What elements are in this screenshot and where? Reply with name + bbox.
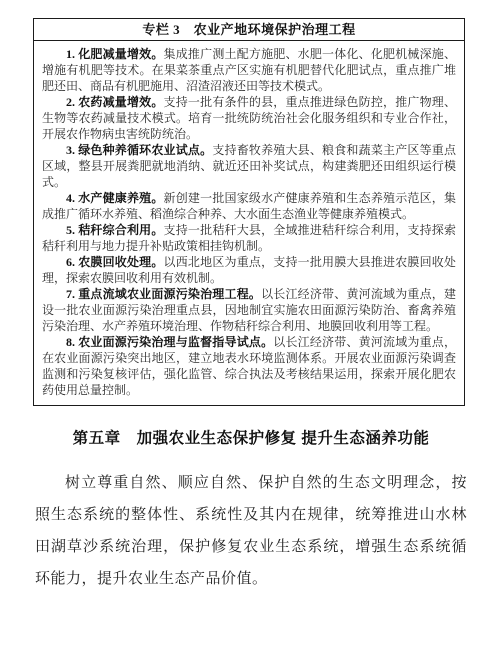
column-item-5: 5. 秸秆综合利用。支持一批秸秆大县，全域推进秸秆综合利用，支持探索秸秆利用与地…: [42, 222, 456, 254]
column-box: 专栏 3 农业产地环境保护治理工程 1. 化肥减量增效。集成推广测土配方施肥、水…: [33, 18, 465, 406]
column-item-4-lead: 4. 水产健康养殖。: [66, 191, 164, 205]
column-item-1-lead: 1. 化肥减量增效。: [66, 47, 164, 61]
column-item-3-lead: 3. 绿色种养循环农业试点。: [66, 143, 212, 157]
column-item-3: 3. 绿色种养循环农业试点。支持畜牧养殖大县、粮食和蔬菜主产区等重点区域，整县开…: [42, 142, 456, 190]
chapter-paragraph: 树立尊重自然、顺应自然、保护自然的生态文明理念，按照生态系统的整体性、系统性及其…: [35, 467, 467, 595]
column-item-4: 4. 水产健康养殖。新创建一批国家级水产健康养殖和生态养殖示范区，集成推广循环水…: [42, 190, 456, 222]
column-item-2: 2. 农药减量增效。支持一批有条件的县，重点推进绿色防控，推广物理、生物等农药减…: [42, 94, 456, 142]
column-item-8: 8. 农业面源污染治理与监督指导试点。以长江经济带、黄河流域为重点，在农业面源污…: [42, 334, 456, 398]
column-item-6: 6. 农膜回收处理。以西北地区为重点，支持一批用膜大县推进农膜回收处理，探索农膜…: [42, 254, 456, 286]
column-item-2-lead: 2. 农药减量增效。: [66, 95, 164, 109]
column-item-8-lead: 8. 农业面源污染治理与监督指导试点。: [66, 335, 273, 349]
chapter-heading: 第五章 加强农业生态保护修复 提升生态涵养功能: [0, 426, 502, 448]
column-item-6-lead: 6. 农膜回收处理。: [66, 255, 164, 269]
column-item-5-lead: 5. 秸秆综合利用。: [66, 223, 164, 237]
column-item-1: 1. 化肥减量增效。集成推广测土配方施肥、水肥一体化、化肥机械深施、增施有机肥等…: [42, 46, 456, 94]
column-box-body: 1. 化肥减量增效。集成推广测土配方施肥、水肥一体化、化肥机械深施、增施有机肥等…: [34, 41, 464, 405]
column-item-7: 7. 重点流域农业面源污染治理工程。以长江经济带、黄河流域为重点，建设一批农业面…: [42, 286, 456, 334]
document-page: 专栏 3 农业产地环境保护治理工程 1. 化肥减量增效。集成推广测土配方施肥、水…: [0, 0, 502, 650]
column-box-title: 专栏 3 农业产地环境保护治理工程: [34, 19, 464, 41]
column-item-7-lead: 7. 重点流域农业面源污染治理工程。: [66, 287, 261, 301]
